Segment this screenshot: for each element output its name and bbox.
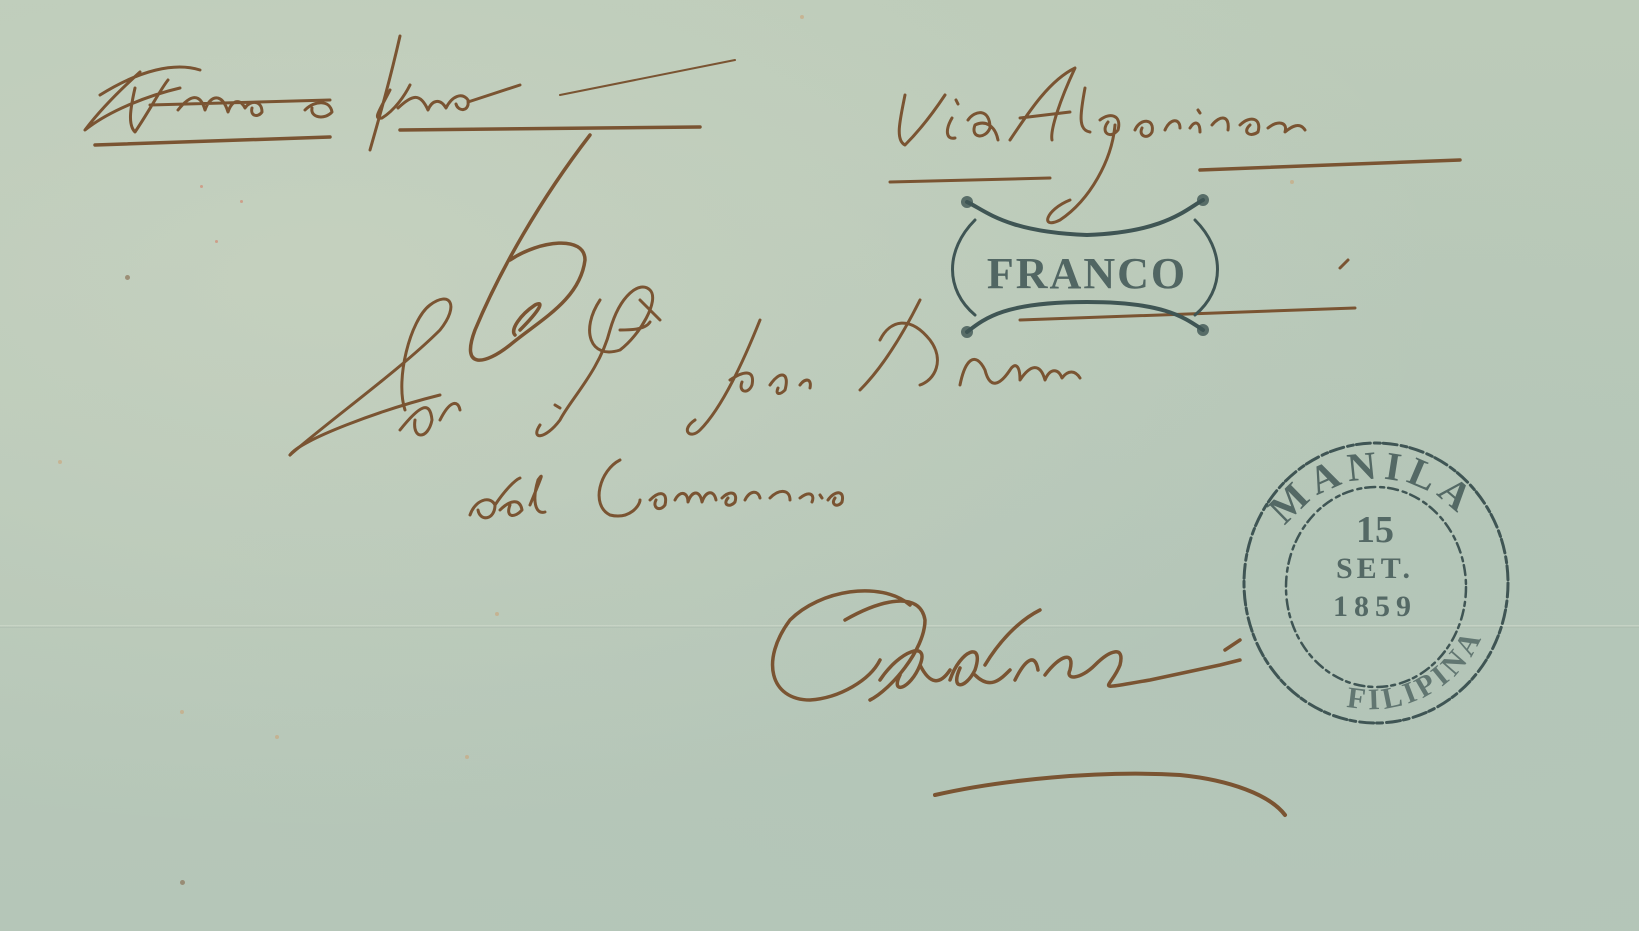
manila-postmark: MANILA FILIPINAS 15 SET. 1859: [1228, 425, 1518, 745]
postmark-date: 15 SET. 1859: [1320, 510, 1430, 626]
franco-label: FRANCO: [967, 248, 1207, 299]
postmark-year: 1859: [1320, 588, 1430, 626]
postal-cover: Ytmo de Suez Vía Algeciras 6 Sor D. Don …: [0, 0, 1639, 931]
postmark-month: SET.: [1320, 550, 1430, 588]
franco-handstamp: FRANCO: [945, 210, 1230, 330]
postmark-day: 15: [1320, 510, 1430, 550]
